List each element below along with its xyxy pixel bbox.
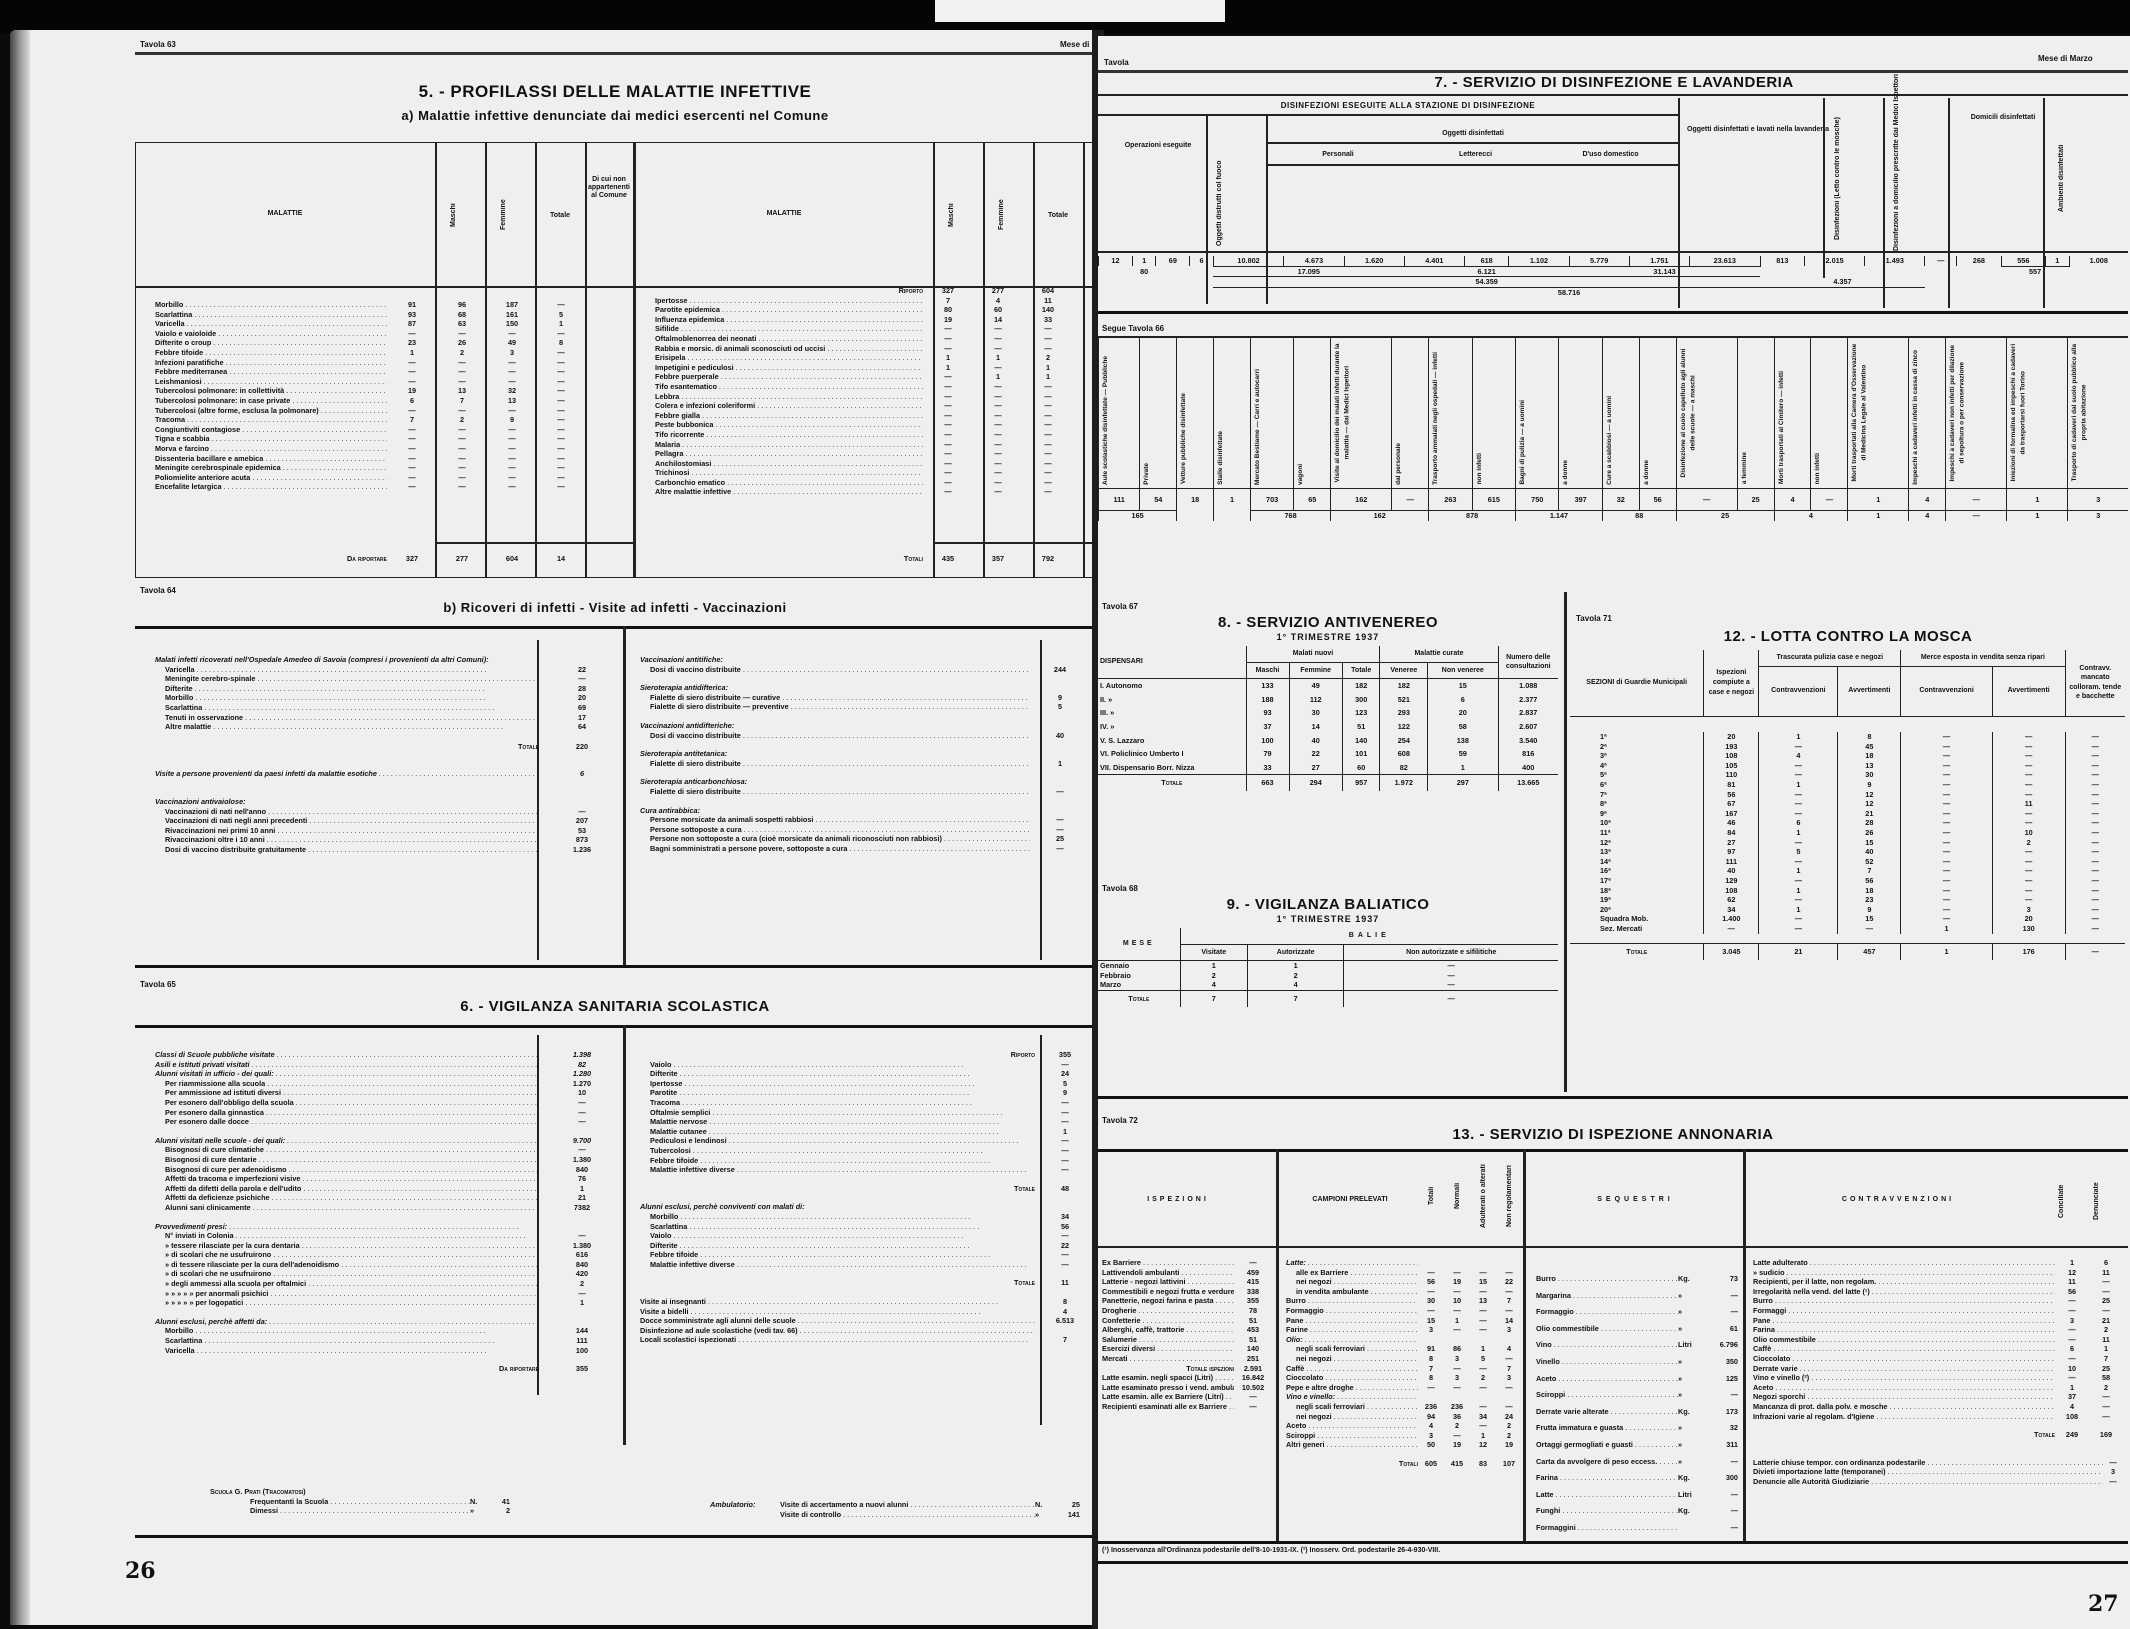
row-value: — (973, 324, 1023, 334)
row-value: — (1470, 1316, 1496, 1326)
row-value: — (1035, 1146, 1095, 1156)
row-value: 249 (2055, 1430, 2089, 1440)
row-value: — (1035, 1231, 1095, 1241)
table-cell: — (2065, 838, 2125, 848)
table-cell: VII. Dispensario Borr. Nizza (1098, 761, 1246, 775)
row-label: Difterite (155, 684, 539, 694)
table-row: Commestibili e negozi frutta e verdure33… (1102, 1287, 1272, 1297)
row-value: 173 (1702, 1404, 1738, 1421)
row-value: — (1496, 1287, 1522, 1297)
row-unit: » (1678, 1437, 1702, 1454)
row-value: 5 (1035, 1079, 1095, 1089)
table-row: Pane151—14 (1286, 1316, 1522, 1326)
row-label: Aceto (1753, 1383, 2055, 1393)
row-value: — (487, 454, 537, 464)
table-row: nei negozi94363424 (1286, 1412, 1522, 1422)
col-line (1564, 592, 1567, 1092)
row-value: — (537, 358, 585, 368)
row-label: Leishmaniosi (155, 377, 387, 387)
table-row: Totale11 (640, 1278, 1095, 1288)
table-row: Latte: (1286, 1258, 1522, 1268)
table-cell: — (2065, 742, 2125, 752)
row-value: 1 (2089, 1344, 2123, 1354)
rule (1098, 1541, 2128, 1544)
row-unit: Kg. (1678, 1404, 1702, 1421)
row-value: 100 (539, 1346, 625, 1356)
row-value: — (537, 463, 585, 473)
row-value: — (539, 1145, 625, 1155)
header-disinf-letti: Disinfezioni (Letto contro le mosche) (1834, 106, 1841, 251)
table-row: Denuncie alle Autorità Giudiziarie— (1753, 1477, 2123, 1487)
column-header: Impeschi a cadaveri infetti in cassa di … (1909, 338, 1946, 488)
table-cell: 20ª (1570, 905, 1704, 915)
row-label: Aceto (1536, 1371, 1678, 1388)
table-row: Vaiolo e vaioloide———— (155, 329, 585, 339)
total-cell: 1 (1901, 944, 1993, 960)
table-row: Infrazioni varie al regolam. d'Igiene108… (1753, 1412, 2123, 1422)
row-label: » di scolari che ne usufruirono (155, 1250, 539, 1260)
table-row: » degli ammessi alla scuola per oftalmic… (155, 1279, 625, 1289)
column-header: a donne (1559, 338, 1602, 488)
row-label: Morbillo (155, 1326, 539, 1336)
row-label: » di tessere rilasciate per la cura dell… (155, 1260, 539, 1270)
row-value: — (539, 807, 625, 817)
header-campioni: CAMPIONI PRELEVATI (1280, 1196, 1420, 1204)
table-row: Latte esaminato presso i vend. ambulanti… (1102, 1383, 1272, 1393)
table-cell: 27 (1704, 838, 1759, 848)
section-heading: Sieroterapia antidifterica: (640, 683, 1090, 693)
table-row: Farina—2 (1753, 1325, 2123, 1335)
row-label: Oftalmie semplici (640, 1108, 1035, 1118)
row-value: 7 (923, 296, 973, 306)
row-value: — (1470, 1402, 1496, 1412)
table-row: 18ª108118——— (1570, 886, 2125, 896)
table-row: 2ª193—45——— (1570, 742, 2125, 752)
left-page: Tavola 63 Mese di 5. - PROFILASSI DELLE … (10, 30, 1095, 1625)
row-label: Aceto (1286, 1421, 1418, 1431)
page-number: 27 (2088, 1591, 2119, 1617)
table-cell: II. » (1098, 693, 1246, 707)
table-row: Confetterie51 (1102, 1316, 1272, 1326)
table-row: 8ª67—12—11— (1570, 799, 2125, 809)
row-unit: Kg. (1678, 1470, 1702, 1487)
table-cell: 4 (1180, 980, 1247, 990)
row-value: — (1234, 1258, 1272, 1268)
rule (1098, 1096, 2128, 1099)
column-header: Impeschi a cadaveri non infetti per dila… (1946, 338, 2007, 488)
table-row: Malattie infettive diverse— (640, 1260, 1095, 1270)
row-value: 1.236 (539, 845, 625, 855)
table-row: Visite a bidelli4 (640, 1307, 1095, 1317)
table-row: nei negozi56191522 (1286, 1277, 1522, 1287)
scuola-title: Scuola G. Prati (Tracomatosi) (210, 1487, 510, 1497)
row-value: — (1496, 1383, 1522, 1393)
table-cell: — (2065, 866, 2125, 876)
row-value: — (537, 300, 585, 310)
row-label: Irregolarità nella vend. del latte (¹) (1753, 1287, 2055, 1297)
row-label: Fialette di siero distribuite — preventi… (640, 702, 1030, 712)
table-cell: 59 (1428, 747, 1498, 761)
table-row: Esercizi diversi140 (1102, 1344, 1272, 1354)
row-value: 15 (1418, 1316, 1444, 1326)
table-row: Tenuti in osservazione17 (155, 713, 625, 723)
row-value: 1 (973, 353, 1023, 363)
row-value: 8 (1418, 1354, 1444, 1364)
row-value: 3 (2055, 1316, 2089, 1326)
table-cell: 19ª (1570, 895, 1704, 905)
table-row: in vendita ambulante———— (1286, 1287, 1522, 1297)
column-header: BALIE (1180, 928, 1558, 944)
row-label: Farina (1753, 1325, 2055, 1335)
column-header: Bagni di pulizia — a uomini (1516, 338, 1559, 488)
total-row: Totale77— (1098, 990, 1558, 1006)
table-cell: 34 (1704, 905, 1759, 915)
row-value: — (1496, 1354, 1522, 1364)
row-value: 9 (1035, 1088, 1095, 1098)
table-row: Olio commestibile—11 (1753, 1335, 2123, 1345)
header-sequestri: SEQUESTRI (1528, 1196, 1743, 1204)
table-row: Tifo esantematico——— (655, 382, 1085, 392)
total-row: Totale3.045214571176— (1570, 944, 2125, 960)
row-value (1496, 1258, 1522, 1268)
row-value (1444, 1335, 1470, 1345)
column-header: Totale (1342, 662, 1380, 679)
table-row: Malattie infettive diverse— (640, 1165, 1095, 1175)
row-value (1073, 459, 1085, 469)
row-value: — (537, 367, 585, 377)
row-value: 111 (539, 1336, 625, 1346)
table-cell: — (1901, 866, 1993, 876)
table-cell: — (1946, 488, 2007, 511)
section-title: 9. - VIGILANZA BALIATICO (1098, 896, 1558, 913)
header-rule (1098, 70, 2128, 73)
column-header: Aule scolastiche disinfettate — Pubblich… (1099, 338, 1140, 488)
table-cell: — (1392, 488, 1429, 511)
row-value: 1 (923, 363, 973, 373)
row-label: Per riammissione alla scuola (155, 1079, 539, 1089)
row-value: 1 (387, 348, 437, 358)
row-label: Latte: (1286, 1258, 1418, 1268)
table-top-rule (135, 626, 1095, 629)
row-value: 236 (1418, 1402, 1444, 1412)
row-value: — (1470, 1421, 1496, 1431)
table-row: Formaggio———— (1286, 1306, 1522, 1316)
col-header-femmine-2: Femmine (998, 180, 1005, 250)
row-value: — (1418, 1306, 1444, 1316)
table-cell: — (1901, 838, 1993, 848)
table-cell: 13ª (1570, 847, 1704, 857)
row-value: — (1470, 1268, 1496, 1278)
table-cell: — (1901, 770, 1993, 780)
row-label: » » » » » per anormali psichici (155, 1289, 539, 1299)
table-cell: — (1759, 914, 1838, 924)
table-row: Fialette di siero distribuite1 (640, 759, 1090, 769)
row-value: 12 (1470, 1440, 1496, 1450)
table-row: Tubercolosi— (640, 1146, 1095, 1156)
row-label: Infrazioni varie al regolam. d'Igiene (1753, 1412, 2055, 1422)
row-value: 125 (1702, 1371, 1738, 1388)
table-row: Totali60541583107 (1286, 1459, 1522, 1469)
table-cell: 20 (1428, 706, 1498, 720)
row-value: 20 (539, 693, 625, 703)
row-label: Visite ai insegnanti (640, 1297, 1035, 1307)
column-header: Non veneree (1428, 662, 1498, 679)
table-cell: 10ª (1570, 818, 1704, 828)
row-label: Infezioni paratifiche (155, 358, 387, 368)
table-row: Per esonero dalle docce— (155, 1117, 625, 1127)
header-uso-domestico: D'uso domestico (1543, 151, 1678, 159)
total-cell: Totale (1098, 990, 1180, 1006)
table-row: Febbre puerperale—11 (655, 372, 1085, 382)
row-value: — (1444, 1364, 1470, 1374)
tavola-label: Tavola 71 (1576, 614, 1612, 623)
row-label: Varicella (155, 319, 387, 329)
row-value: — (539, 1231, 625, 1241)
row-value (1073, 401, 1085, 411)
row-value: — (537, 425, 585, 435)
table-cell: 129 (1704, 876, 1759, 886)
table-row: Marzo44— (1098, 980, 1558, 990)
table-cell: 1 (1759, 866, 1838, 876)
table-cell: 111 (1704, 857, 1759, 867)
table-row: Persone morsicate da animali sospetti ra… (640, 815, 1090, 825)
total-row: Totale6632949571.97229713.665 (1098, 775, 1558, 791)
table-cell: 162 (1331, 488, 1392, 511)
table-row: » » » » » per anormali psichici— (155, 1289, 625, 1299)
row-value: — (537, 434, 585, 444)
row-label: Lebbra (655, 392, 923, 402)
row-value: — (387, 358, 437, 368)
row-label: Totale (640, 1184, 1035, 1194)
table-cell: — (1992, 751, 2065, 761)
table-row: Caffè61 (1753, 1344, 2123, 1354)
row-value: — (2055, 1354, 2089, 1364)
table-cell: — (2065, 761, 2125, 771)
tavola-63-right-total: Totali435357792 (655, 554, 1085, 564)
table-row: Vino e vinello (²)—58 (1753, 1373, 2123, 1383)
row-value: 311 (1702, 1437, 1738, 1454)
row-value: — (387, 463, 437, 473)
row-value: 140 (1023, 305, 1073, 315)
table-row: Pediculosi e lendinosi— (640, 1136, 1095, 1146)
col-line (633, 142, 636, 578)
row-value: 5 (1470, 1354, 1496, 1364)
row-label: Per ammissione ad istituti diversi (155, 1088, 539, 1098)
table-cell: 1 (1759, 828, 1838, 838)
subtotal-cell: 4 (1774, 511, 1848, 521)
table-row: Ortaggi germogliati e guasti»311 (1536, 1437, 1738, 1454)
row-label: Vino e vinello: (1286, 1392, 1418, 1402)
row-value: 24 (1496, 1412, 1522, 1422)
table-row: V. S. Lazzaro100401402541383.540 (1098, 734, 1558, 748)
table-row: Disinfezione ad aule scolastiche (vedi t… (640, 1326, 1095, 1336)
table-row: Tracoma729— (155, 415, 585, 425)
row-value: — (1470, 1306, 1496, 1316)
table-cell: 11 (1992, 799, 2065, 809)
subtotal-cell: 162 (1331, 511, 1429, 521)
row-label: Burro (1286, 1296, 1418, 1306)
tavola-63-right-rows: Riporto327277604Ipertosse7411Parotite ep… (655, 286, 1085, 497)
row-value: — (1035, 1165, 1095, 1175)
table-cell: 28 (1838, 818, 1901, 828)
col-line (585, 142, 587, 578)
table-row: Totale ispezioni2.591 (1102, 1364, 1272, 1374)
table-cell: 12 (1838, 799, 1901, 809)
table-row: Fialette di siero distribuite — preventi… (640, 702, 1090, 712)
table-cell: — (1901, 905, 1993, 915)
row-value: 56 (2055, 1287, 2089, 1297)
row-value: — (1035, 1136, 1095, 1146)
row-label: Caffè (1753, 1344, 2055, 1354)
column-header: Maschi (1246, 662, 1289, 679)
row-value: 616 (539, 1250, 625, 1260)
section-heading: Vaccinazioni antivaiolose: (155, 797, 625, 807)
table-cell: 400 (1498, 761, 1558, 775)
row-label: Asili e istituti privati visitati (155, 1060, 539, 1070)
table-cell: Gennaio (1098, 961, 1180, 971)
row-value: — (537, 473, 585, 483)
row-label: N° inviati in Colonia (155, 1231, 539, 1241)
row-value: 6.513 (1035, 1316, 1095, 1326)
table-row: Dosi di vaccino distribuite gratuitament… (155, 845, 625, 855)
row-value: — (539, 1117, 625, 1127)
row-value: 355 (539, 1364, 625, 1374)
row-value (1073, 286, 1085, 296)
row-value: 4 (2055, 1402, 2089, 1412)
table-cell: 100 (1246, 734, 1289, 748)
row-value: 1.270 (539, 1079, 625, 1089)
section-title: 13. - SERVIZIO DI ISPEZIONE ANNONARIA (1098, 1126, 2128, 1143)
row-value: — (923, 382, 973, 392)
table-cell: — (2065, 886, 2125, 896)
row-label: Anchilostomiasi (655, 459, 923, 469)
row-value: — (1023, 401, 1073, 411)
row-value: — (1418, 1287, 1444, 1297)
row-value: 2 (539, 1279, 625, 1289)
table-row: » di scolari che ne usufruirono420 (155, 1269, 625, 1279)
row-unit: » (1678, 1354, 1702, 1371)
row-unit: » (1678, 1371, 1702, 1388)
row-label: nei negozi (1286, 1354, 1418, 1364)
table-row: 12ª27—15—2— (1570, 838, 2125, 848)
table-row: Mercati251 (1102, 1354, 1272, 1364)
row-value: 94 (1418, 1412, 1444, 1422)
total-cell: 663 (1246, 775, 1289, 791)
table-cell: 2 (1180, 971, 1247, 981)
table-row: Derrate varie alterateKg.173 (1536, 1404, 1738, 1421)
row-value: — (973, 420, 1023, 430)
row-value: — (437, 444, 487, 454)
row-value: 6.796 (1702, 1337, 1738, 1354)
row-value: — (973, 401, 1023, 411)
header-lavanderia: Oggetti disinfettati e lavati nella lava… (1683, 126, 1833, 134)
row-value: — (2089, 1306, 2123, 1316)
section-heading: Sieroterapia antitetanica: (640, 749, 1090, 759)
table-row: Aceto42—2 (1286, 1421, 1522, 1431)
table-cell: — (1838, 924, 1901, 934)
row-label: Erisipela (655, 353, 923, 363)
table-row: Febbre gialla——— (655, 411, 1085, 421)
row-label: Varicella (155, 1346, 539, 1356)
row-value: 1 (1470, 1431, 1496, 1441)
table-cell: — (1992, 780, 2065, 790)
row-value: — (1023, 420, 1073, 430)
table-row: Sciroppi3—12 (1286, 1431, 1522, 1441)
row-value: 64 (539, 722, 625, 732)
row-label: Tifo esantematico (655, 382, 923, 392)
table-cell: — (1759, 876, 1838, 886)
table-cell: 1 (1848, 488, 1909, 511)
column-header: Mercato Bestiame — Carri e autocarri (1250, 338, 1293, 488)
column-header: Contravvenzioni (1901, 666, 1993, 716)
row-value: 2 (1023, 353, 1073, 363)
table-row: Bisognosi di cure climatiche— (155, 1145, 625, 1155)
row-value: — (923, 411, 973, 421)
row-value: 16.842 (1234, 1373, 1272, 1383)
row-label: Drogherie (1102, 1306, 1234, 1316)
row-label: Febbre tifoide (640, 1250, 1035, 1260)
row-value: 873 (539, 835, 625, 845)
table-cell: 2.015 (1805, 256, 1865, 266)
row-value: 415 (1234, 1277, 1272, 1287)
campioni-list: Latte:alle ex Barriere————nei negozi5619… (1286, 1258, 1522, 1468)
table-row: 3ª108418——— (1570, 751, 2125, 761)
row-value: 76 (539, 1174, 625, 1184)
table-cell: — (1344, 971, 1558, 981)
row-value: — (2055, 1335, 2089, 1345)
row-value: 50 (1418, 1440, 1444, 1450)
row-value: 12 (2055, 1268, 2089, 1278)
row-value: — (437, 454, 487, 464)
row-value: 1.398 (539, 1050, 625, 1060)
table-row: Morva e farcino———— (155, 444, 585, 454)
tavola-label: Segue Tavola 66 (1102, 324, 1164, 333)
row-value: 19 (923, 315, 973, 325)
row-value: 5 (537, 310, 585, 320)
row-value: — (387, 425, 437, 435)
table-cell: — (2065, 828, 2125, 838)
row-value (1073, 353, 1085, 363)
row-label: Morva e farcino (155, 444, 387, 454)
table-cell: 79 (1246, 747, 1289, 761)
table-cell: — (1811, 488, 1848, 511)
row-value: — (923, 324, 973, 334)
table-cell: 6 (1190, 256, 1213, 266)
row-value: 1 (2055, 1383, 2089, 1393)
column-header: Disinfezione al cuoio capelluto agli alu… (1676, 338, 1737, 488)
table-cell: — (1901, 876, 1993, 886)
row-value: 40 (1030, 731, 1090, 741)
tavola-label: Tavola 67 (1102, 602, 1138, 611)
table-row: Gennaio11— (1098, 961, 1558, 971)
table-row: 6ª8119——— (1570, 780, 2125, 790)
row-value: 1 (1030, 759, 1090, 769)
row-value: 69 (539, 703, 625, 713)
table-row: Scarlattina69 (155, 703, 625, 713)
column-header: Vetture pubbliche disinfettate (1177, 338, 1214, 488)
table-row: Per ammissione ad istituti diversi10 (155, 1088, 625, 1098)
table-row: Meningite cerebrospinale epidemica———— (155, 463, 585, 473)
row-label: Altri generi (1286, 1440, 1418, 1450)
row-label: Vaccinazioni di nati nell'anno (155, 807, 539, 817)
subtotal-cell: 6.121 (1404, 266, 1569, 277)
table-cell: 1 (1759, 732, 1838, 742)
table-cell: 703 (1250, 488, 1293, 511)
column-header: Numero delle consultazioni (1498, 646, 1558, 679)
row-value: 4 (1496, 1344, 1522, 1354)
table-cell: 140 (1342, 734, 1380, 748)
row-label: Recipienti, per il latte, non regolam. (1753, 1277, 2055, 1287)
